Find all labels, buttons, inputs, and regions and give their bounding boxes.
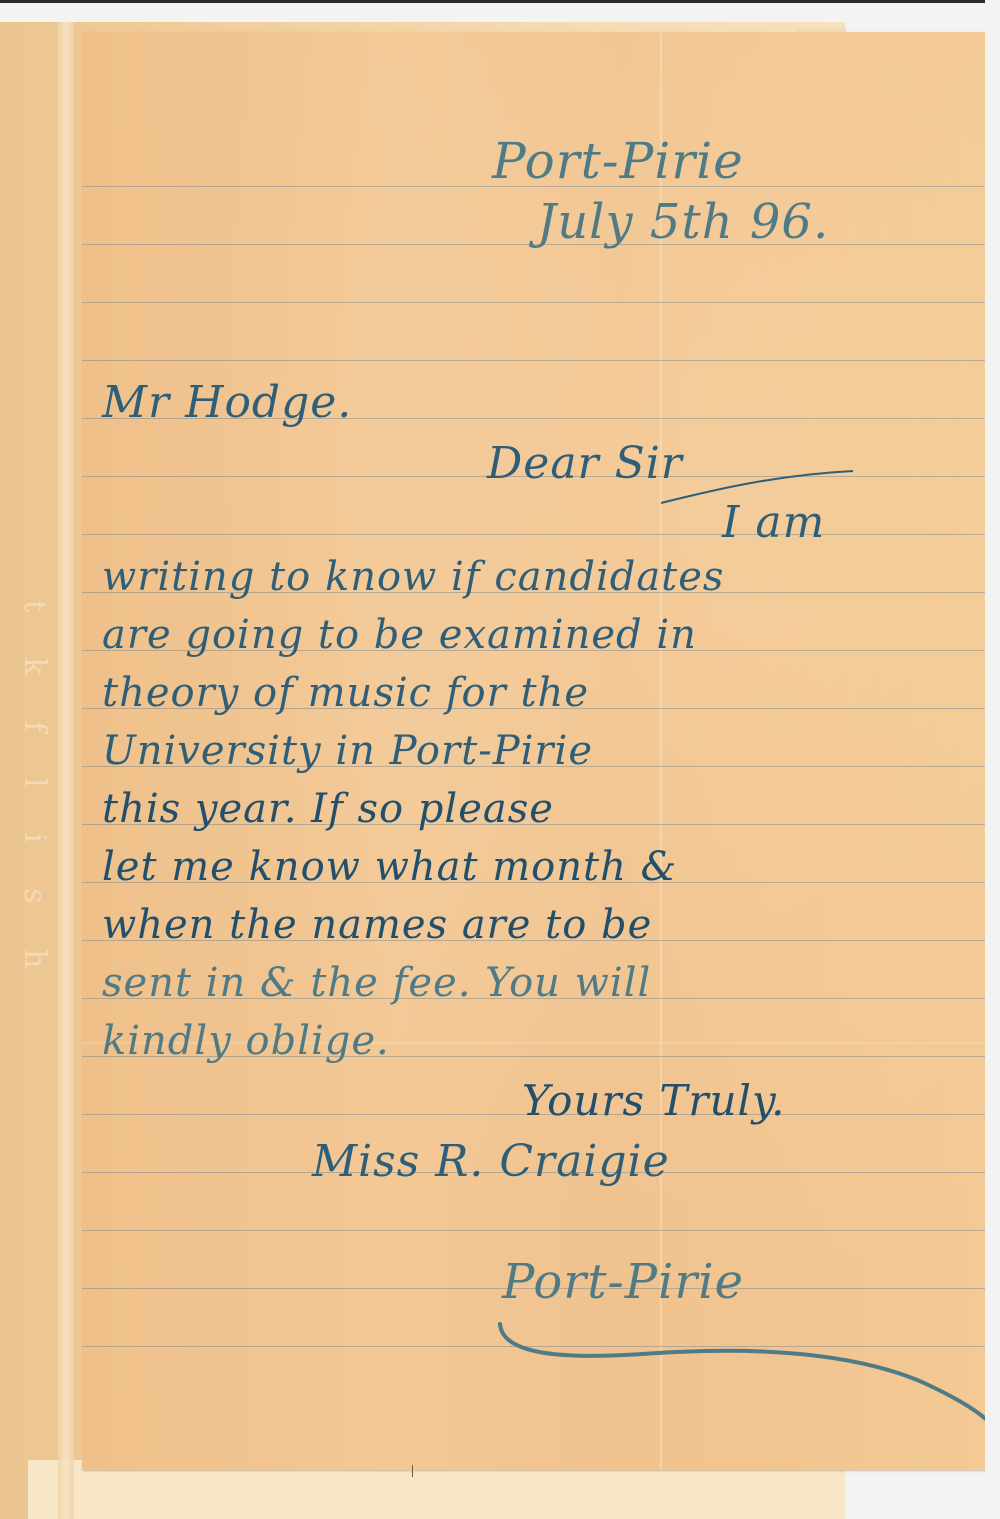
scanner-edge: [0, 0, 1000, 3]
ruled-line: [82, 1230, 985, 1231]
body-line: sent in & the fee. You will: [102, 960, 651, 1006]
body-line: theory of music for the: [102, 670, 589, 716]
recipient-line: Mr Hodge.: [102, 377, 352, 428]
signature-underline-flourish: [492, 1312, 992, 1422]
body-line: when the names are to be: [102, 902, 652, 948]
body-line: this year. If so please: [102, 786, 554, 832]
salutation-line: Dear Sir: [487, 438, 683, 489]
sheet-gutter: [58, 22, 74, 1519]
body-line: writing to know if candidates: [102, 554, 724, 600]
place-header: Port-Pirie: [492, 132, 744, 190]
scan-scene: t k f l i s h Port-Pirie July 5th 96. Mr…: [0, 0, 1000, 1519]
scan-right-margin: [985, 0, 1000, 1519]
body-line: kindly oblige.: [102, 1018, 390, 1064]
closing-line: Yours Truly.: [522, 1076, 785, 1125]
signature-place: Port-Pirie: [502, 1254, 744, 1310]
body-line: University in Port-Pirie: [102, 728, 593, 774]
ruled-line: [82, 302, 985, 303]
signature: Miss R. Craigie: [312, 1136, 670, 1187]
salutation-flourish: [657, 467, 857, 507]
ruled-line: [82, 534, 985, 535]
body-line: let me know what month &: [102, 844, 677, 890]
scan-tick-mark: [412, 1465, 413, 1477]
date-line: July 5th 96.: [537, 194, 829, 250]
ruled-line: [82, 244, 985, 245]
ghost-writing: t k f l i s h: [2, 600, 52, 1200]
ruled-line: [82, 360, 985, 361]
letter-sheet: Port-Pirie July 5th 96. Mr Hodge. Dear S…: [82, 32, 985, 1470]
body-line: are going to be examined in: [102, 612, 697, 658]
